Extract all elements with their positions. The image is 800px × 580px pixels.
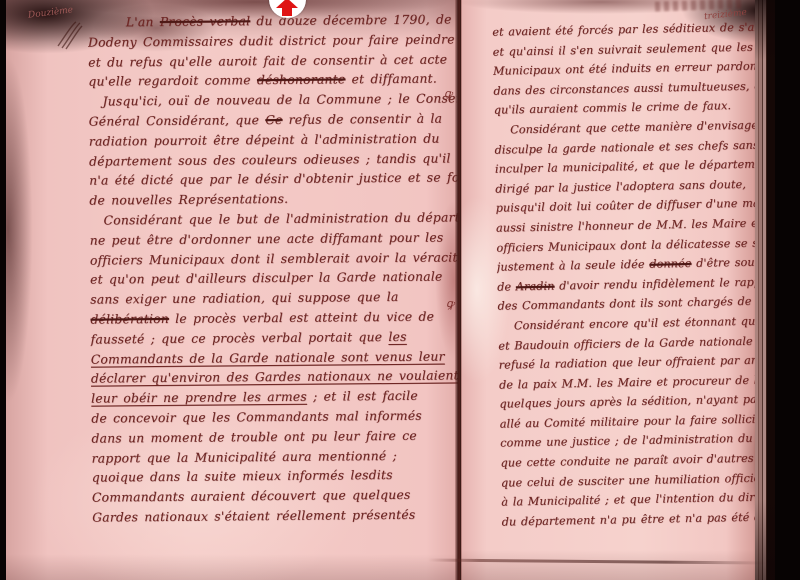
right-page: treizième et avaient été forcés par les … [461,0,775,580]
margin-mark: ꝙ [446,296,454,311]
manuscript-line: et qu'on peut d'ailleurs disculper la Ga… [90,268,458,291]
right-page-text: et avaient été forcés par les séditieux … [492,17,775,532]
left-page-text: L'an Procès verbal du douze décembre 179… [88,10,458,528]
up-arrow-stem [282,8,292,16]
margin-mark: ꝙ [444,86,452,101]
manuscript-line: dans un moment de trouble ont pu leur fa… [91,426,458,449]
manuscript-line: ne peut être d'ordonner une acte diffama… [90,228,458,251]
up-arrow-icon [276,0,298,8]
manuscript-line: fausseté ; que ce procès verbal portait … [91,327,458,350]
manuscript-line: n'a été dicté que par le désir d'obtenir… [89,169,457,192]
page-gutter [455,0,462,580]
left-page: Douzième L'an Procès verbal du douze déc… [6,0,458,580]
manuscript-line: radiation pourroit être dépeint à l'admi… [89,129,457,152]
paraph-flourish-icon [52,18,86,52]
manuscript-line: Dodeny Commissaires dudit district pour … [88,30,456,53]
manuscript-scan: Douzième L'an Procès verbal du douze déc… [0,0,800,580]
manuscript-line: Gardes nationaux s'étaient réellement pr… [92,505,458,528]
manuscript-line: du département n'a pu être et n'a pas ét… [502,507,775,532]
page-stack-edge [755,0,775,580]
